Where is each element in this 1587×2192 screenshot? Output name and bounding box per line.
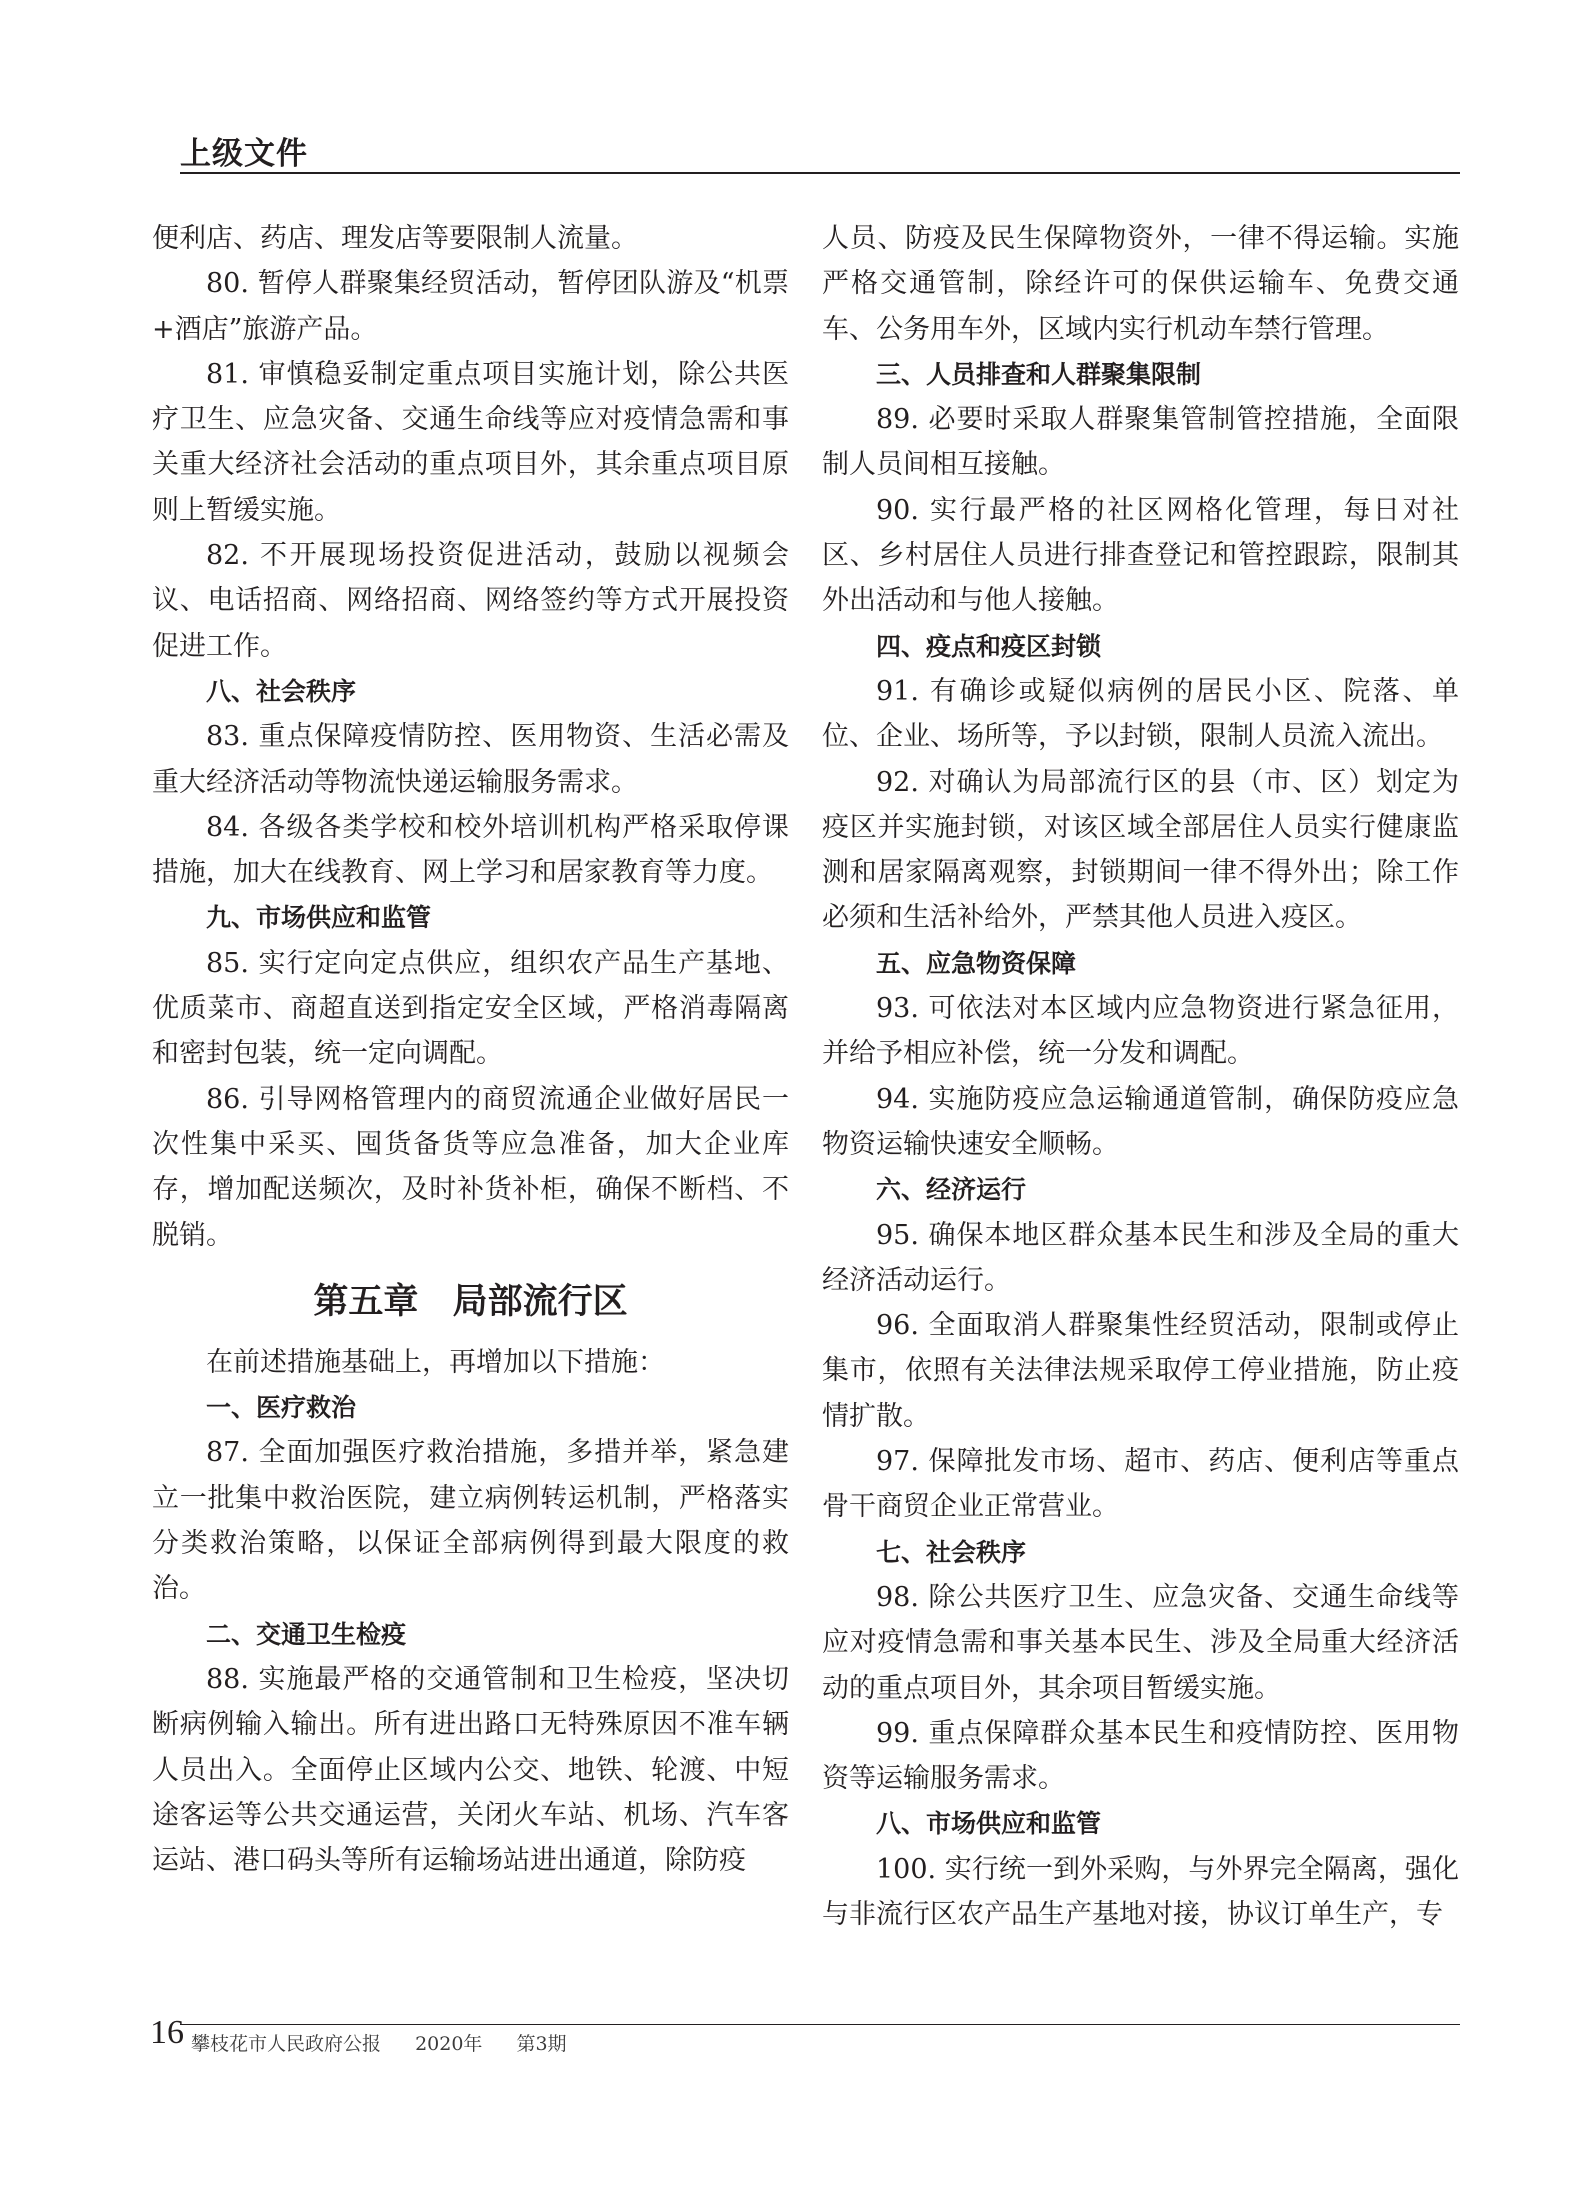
section-heading: 六、经济运行 [822, 1167, 1459, 1212]
right-column: 人员、防疫及民生保障物资外，一律不得运输。实施严格交通管制，除经许可的保供运输车… [822, 216, 1459, 1937]
paragraph: 92. 对确认为局部流行区的县（市、区）划定为疫区并实施封锁，对该区域全部居住人… [822, 760, 1459, 941]
paragraph: 82. 不开展现场投资促进活动，鼓励以视频会议、电话招商、网络招商、网络签约等方… [152, 533, 789, 669]
paragraph: 便利店、药店、理发店等要限制人流量。 [152, 216, 789, 261]
paragraph: 95. 确保本地区群众基本民生和涉及全局的重大经济活动运行。 [822, 1213, 1459, 1304]
publication-year: 2020年 [415, 2033, 482, 2055]
publication-name: 攀枝花市人民政府公报 [191, 2033, 381, 2055]
paragraph: 80. 暂停人群聚集经贸活动，暂停团队游及“机票+酒店”旅游产品。 [152, 261, 789, 352]
left-column: 便利店、药店、理发店等要限制人流量。80. 暂停人群聚集经贸活动，暂停团队游及“… [152, 216, 789, 1883]
paragraph: 99. 重点保障群众基本民生和疫情防控、医用物资等运输服务需求。 [822, 1711, 1459, 1802]
publication-issue: 第3期 [516, 2033, 566, 2055]
paragraph: 89. 必要时采取人群聚集管制管控措施，全面限制人员间相互接触。 [822, 397, 1459, 488]
paragraph: 97. 保障批发市场、超市、药店、便利店等重点骨干商贸企业正常营业。 [822, 1439, 1459, 1530]
paragraph: 98. 除公共医疗卫生、应急灾备、交通生命线等应对疫情急需和事关基本民生、涉及全… [822, 1575, 1459, 1711]
section-heading: 三、人员排查和人群聚集限制 [822, 352, 1459, 397]
paragraph: 90. 实行最严格的社区网格化管理，每日对社区、乡村居住人员进行排查登记和管控跟… [822, 488, 1459, 624]
paragraph: 81. 审慎稳妥制定重点项目实施计划，除公共医疗卫生、应急灾备、交通生命线等应对… [152, 352, 789, 533]
paragraph: 84. 各级各类学校和校外培训机构严格采取停课措施，加大在线教育、网上学习和居家… [152, 805, 789, 896]
section-heading: 五、应急物资保障 [822, 941, 1459, 986]
page-number: 16 [150, 2013, 184, 2053]
running-head-section-label: 上级文件 [180, 128, 308, 173]
section-heading: 八、市场供应和监管 [822, 1801, 1459, 1846]
paragraph: 83. 重点保障疫情防控、医用物资、生活必需及重大经济活动等物流快递运输服务需求… [152, 714, 789, 805]
paragraph: 100. 实行统一到外采购，与外界完全隔离，强化与非流行区农产品生产基地对接，协… [822, 1847, 1459, 1938]
footer-publication-info: 攀枝花市人民政府公报 2020年 第3期 [191, 2029, 591, 2056]
section-heading: 九、市场供应和监管 [152, 895, 789, 940]
chapter-title: 第五章 局部流行区 [152, 1278, 789, 1326]
section-heading: 二、交通卫生检疫 [152, 1612, 789, 1657]
paragraph: 87. 全面加强医疗救治措施，多措并举，紧急建立一批集中救治医院，建立病例转运机… [152, 1430, 789, 1611]
paragraph: 85. 实行定向定点供应，组织农产品生产基地、优质菜市、商超直送到指定安全区域，… [152, 941, 789, 1077]
paragraph: 86. 引导网格管理内的商贸流通企业做好居民一次性集中采买、囤货备货等应急准备，… [152, 1077, 789, 1258]
paragraph: 93. 可依法对本区域内应急物资进行紧急征用，并给予相应补偿，统一分发和调配。 [822, 986, 1459, 1077]
section-heading: 八、社会秩序 [152, 669, 789, 714]
paragraph: 94. 实施防疫应急运输通道管制，确保防疫应急物资运输快速安全顺畅。 [822, 1077, 1459, 1168]
paragraph: 88. 实施最严格的交通管制和卫生检疫，坚决切断病例输入输出。所有进出路口无特殊… [152, 1657, 789, 1883]
paragraph: 人员、防疫及民生保障物资外，一律不得运输。实施严格交通管制，除经许可的保供运输车… [822, 216, 1459, 352]
header-rule [180, 172, 1460, 174]
section-heading: 四、疫点和疫区封锁 [822, 624, 1459, 669]
paragraph: 96. 全面取消人群聚集性经贸活动，限制或停止集市，依照有关法律法规采取停工停业… [822, 1303, 1459, 1439]
section-heading: 七、社会秩序 [822, 1530, 1459, 1575]
footer-rule [180, 2024, 1460, 2025]
paragraph: 91. 有确诊或疑似病例的居民小区、院落、单位、企业、场所等，予以封锁，限制人员… [822, 669, 1459, 760]
paragraph: 在前述措施基础上，再增加以下措施： [152, 1340, 789, 1385]
section-heading: 一、医疗救治 [152, 1385, 789, 1430]
